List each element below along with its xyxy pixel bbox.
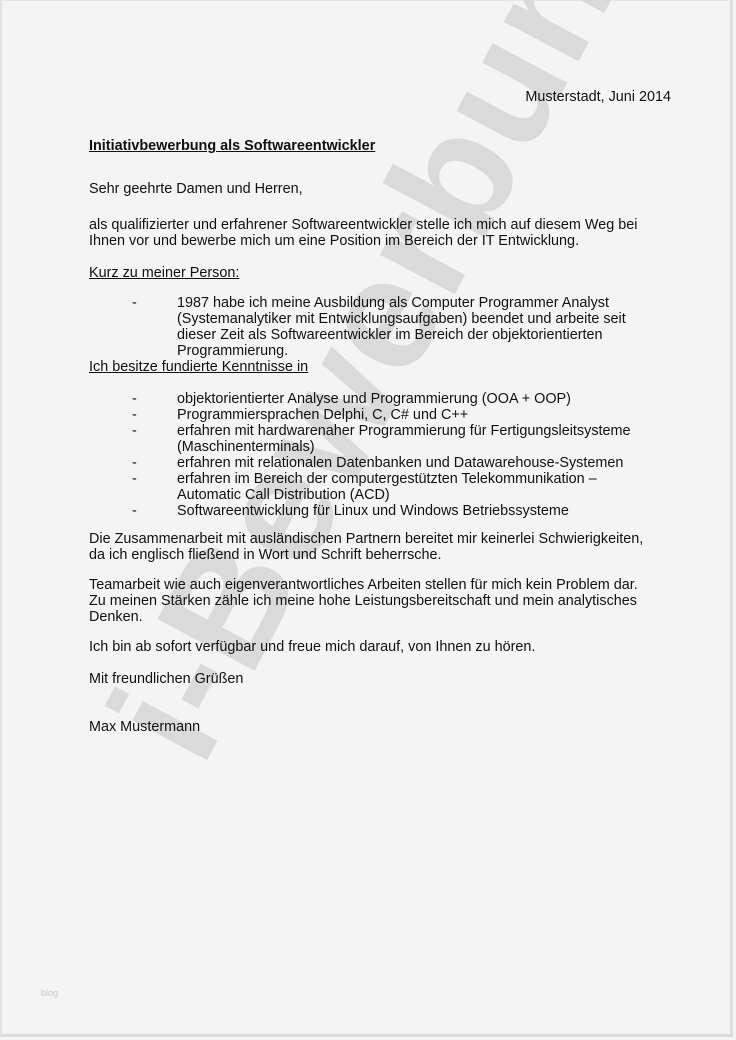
bullet-dash-icon: -	[132, 391, 137, 407]
bullet-dash-icon: -	[132, 503, 137, 519]
signature: Max Mustermann	[89, 719, 200, 735]
intro-paragraph: als qualifizierter und erfahrener Softwa…	[89, 217, 659, 249]
list-item: -erfahren im Bereich der computergestütz…	[89, 471, 659, 503]
subject-line: Initiativbewerbung als Softwareentwickle…	[89, 138, 375, 154]
document-page: i-Bewerbung® Musterstadt, Juni 2014 Init…	[0, 0, 733, 1037]
bullet-dash-icon: -	[132, 423, 137, 439]
section-heading-skills: Ich besitze fundierte Kenntnisse in	[89, 359, 308, 375]
list-item: -Programmiersprachen Delphi, C, C# und C…	[89, 407, 659, 423]
bullet-dash-icon: -	[132, 455, 137, 471]
paragraph-partners: Die Zusammenarbeit mit ausländischen Par…	[89, 531, 649, 563]
list-item: -objektorientierter Analyse und Programm…	[89, 391, 659, 407]
closing: Mit freundlichen Grüßen	[89, 671, 243, 687]
paragraph-availability: Ich bin ab sofort verfügbar und freue mi…	[89, 639, 535, 655]
person-list: -1987 habe ich meine Ausbildung als Comp…	[89, 295, 659, 359]
list-item: -Softwareentwicklung für Linux und Windo…	[89, 503, 659, 519]
list-item: -erfahren mit hardwarenaher Programmieru…	[89, 423, 659, 455]
bullet-dash-icon: -	[132, 471, 137, 487]
bullet-dash-icon: -	[132, 295, 137, 311]
skills-list: -objektorientierter Analyse und Programm…	[89, 391, 659, 519]
bullet-dash-icon: -	[132, 407, 137, 423]
date-line: Musterstadt, Juni 2014	[525, 89, 671, 105]
list-item: -1987 habe ich meine Ausbildung als Comp…	[89, 295, 659, 359]
footer-mark: blog	[41, 988, 58, 998]
salutation: Sehr geehrte Damen und Herren,	[89, 181, 303, 197]
paragraph-teamwork: Teamarbeit wie auch eigenverantwortliche…	[89, 577, 649, 625]
section-heading-person: Kurz zu meiner Person:	[89, 265, 239, 281]
list-item: -erfahren mit relationalen Datenbanken u…	[89, 455, 659, 471]
